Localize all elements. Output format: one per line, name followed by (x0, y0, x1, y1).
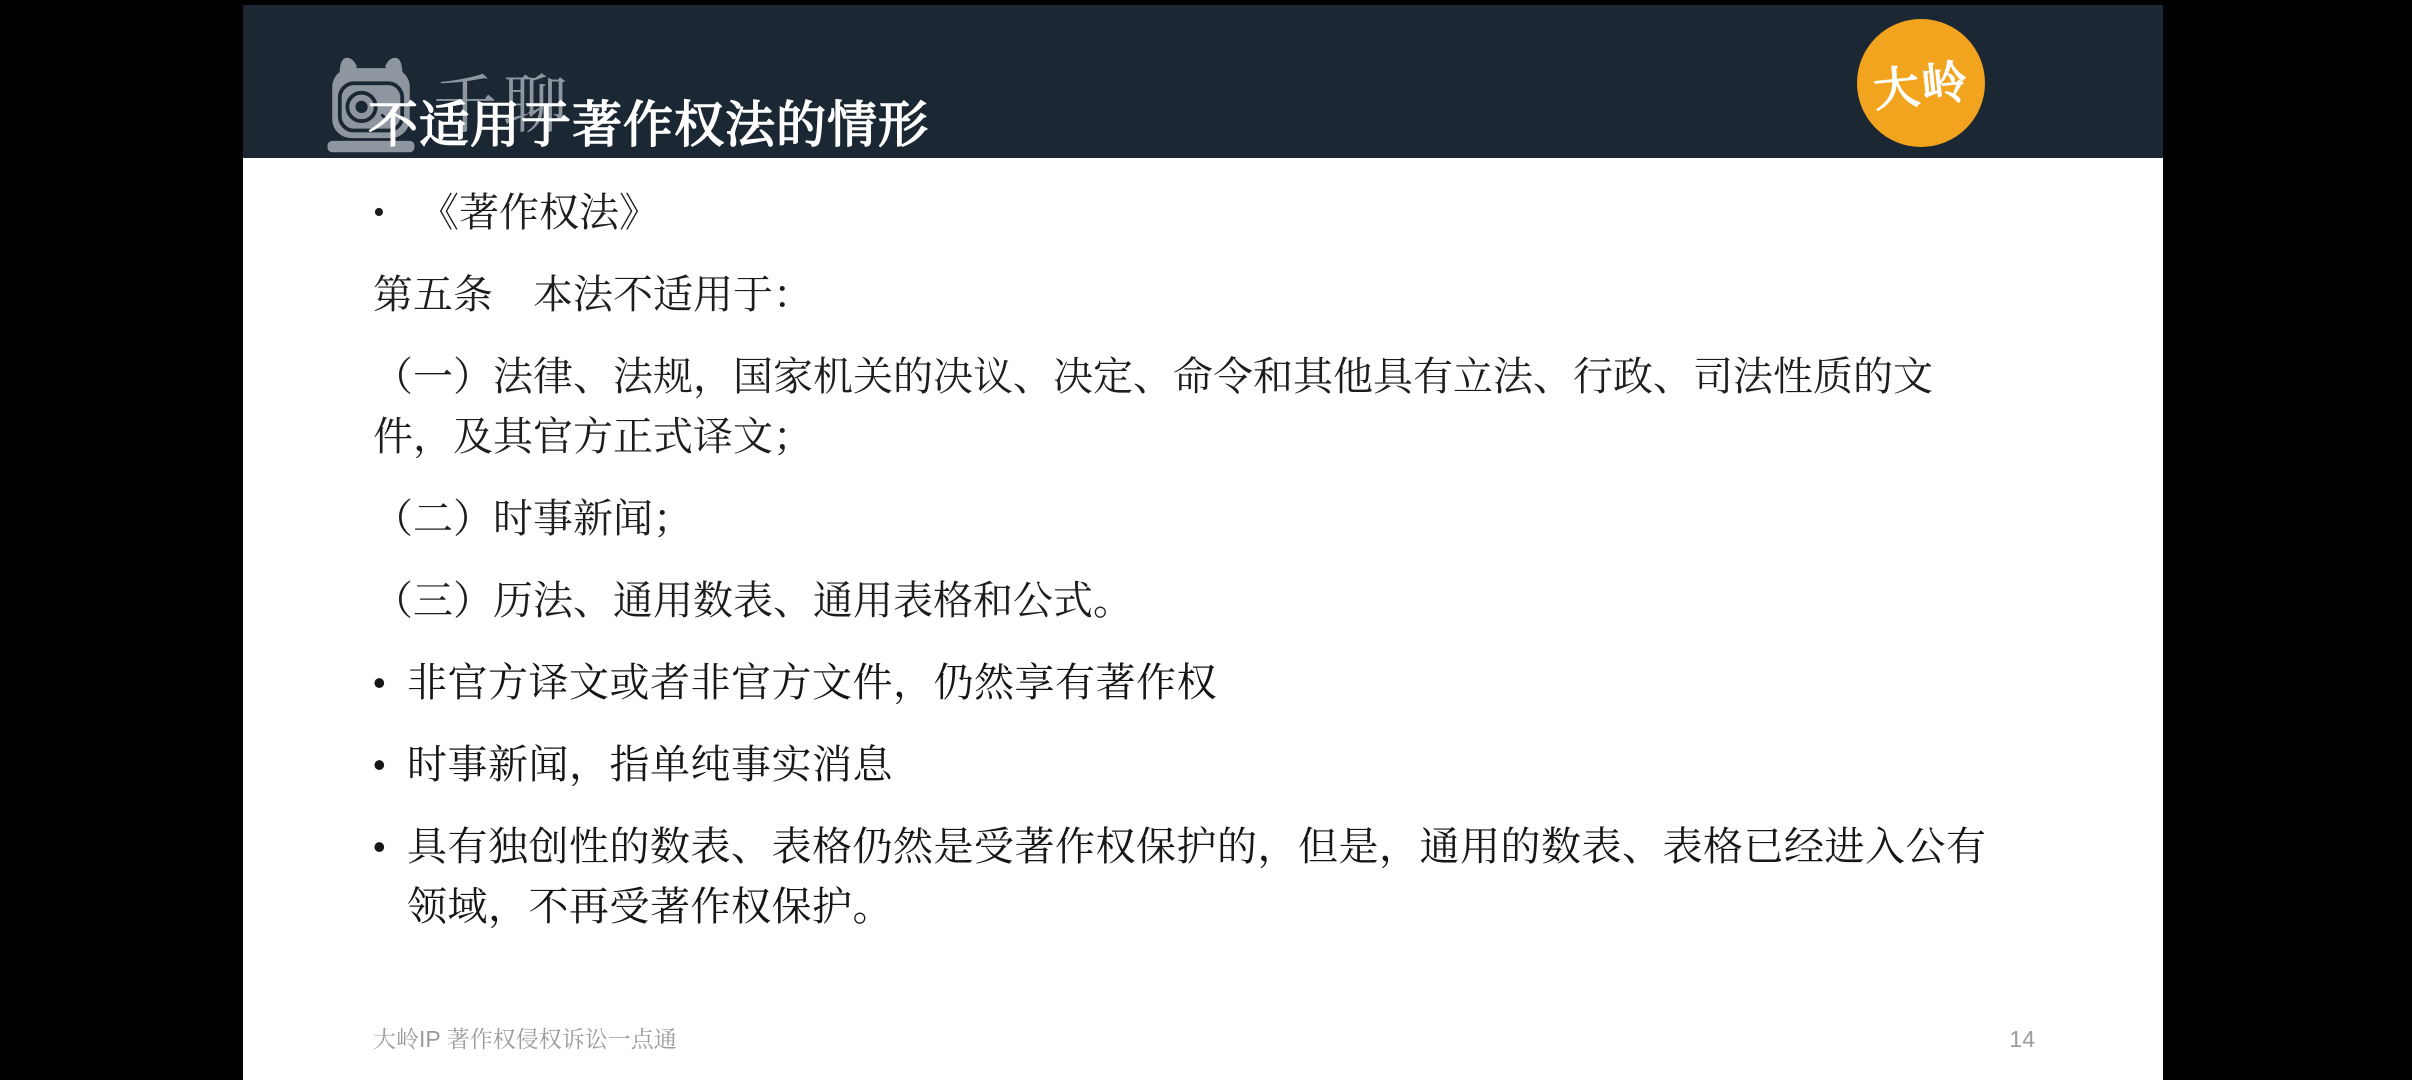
paragraph-item-two: （二）时事新闻； (373, 489, 1998, 549)
paragraph-item-three: （三）历法、通用数表、通用表格和公式。 (373, 571, 1998, 631)
footer-credit: 大岭IP 著作权侵权诉讼一点通 (373, 1021, 677, 1054)
bullet-dot: • (373, 735, 407, 795)
page-number: 14 (2009, 1026, 2035, 1053)
daling-badge: 大岭 (1857, 19, 1985, 147)
bullet-dot: • (373, 183, 419, 243)
bullet-unofficial-translations: • 非官方译文或者非官方文件，仍然享有著作权 (373, 653, 1998, 713)
slide-header: 千聊 不适用于著作权法的情形 大岭 (243, 0, 2163, 158)
bullet-original-tables: • 具有独创性的数表、表格仍然是受著作权保护的，但是，通用的数表、表格已经进入公… (373, 817, 1998, 937)
paragraph-item-one: （一）法律、法规，国家机关的决议、决定、命令和其他具有立法、行政、司法性质的文件… (373, 347, 1998, 467)
bullet-dot: • (373, 653, 407, 713)
slide-title: 不适用于著作权法的情形 (368, 97, 929, 153)
slide-body: • 《著作权法》 第五条 本法不适用于： （一）法律、法规，国家机关的决议、决定… (243, 158, 2163, 937)
daling-badge-text: 大岭 (1870, 45, 1972, 121)
slide-footer: 大岭IP 著作权侵权诉讼一点通 14 (373, 1021, 2035, 1054)
presentation-slide: 千聊 不适用于著作权法的情形 大岭 • 《著作权法》 第五条 本法不适用于： （… (243, 0, 2163, 1080)
bullet-dot: • (373, 817, 407, 877)
bullet-news-facts: • 时事新闻，指单纯事实消息 (373, 735, 1998, 795)
bullet-copyright-law-title: • 《著作权法》 (373, 183, 1998, 243)
paragraph-article-five: 第五条 本法不适用于： (373, 265, 1998, 325)
